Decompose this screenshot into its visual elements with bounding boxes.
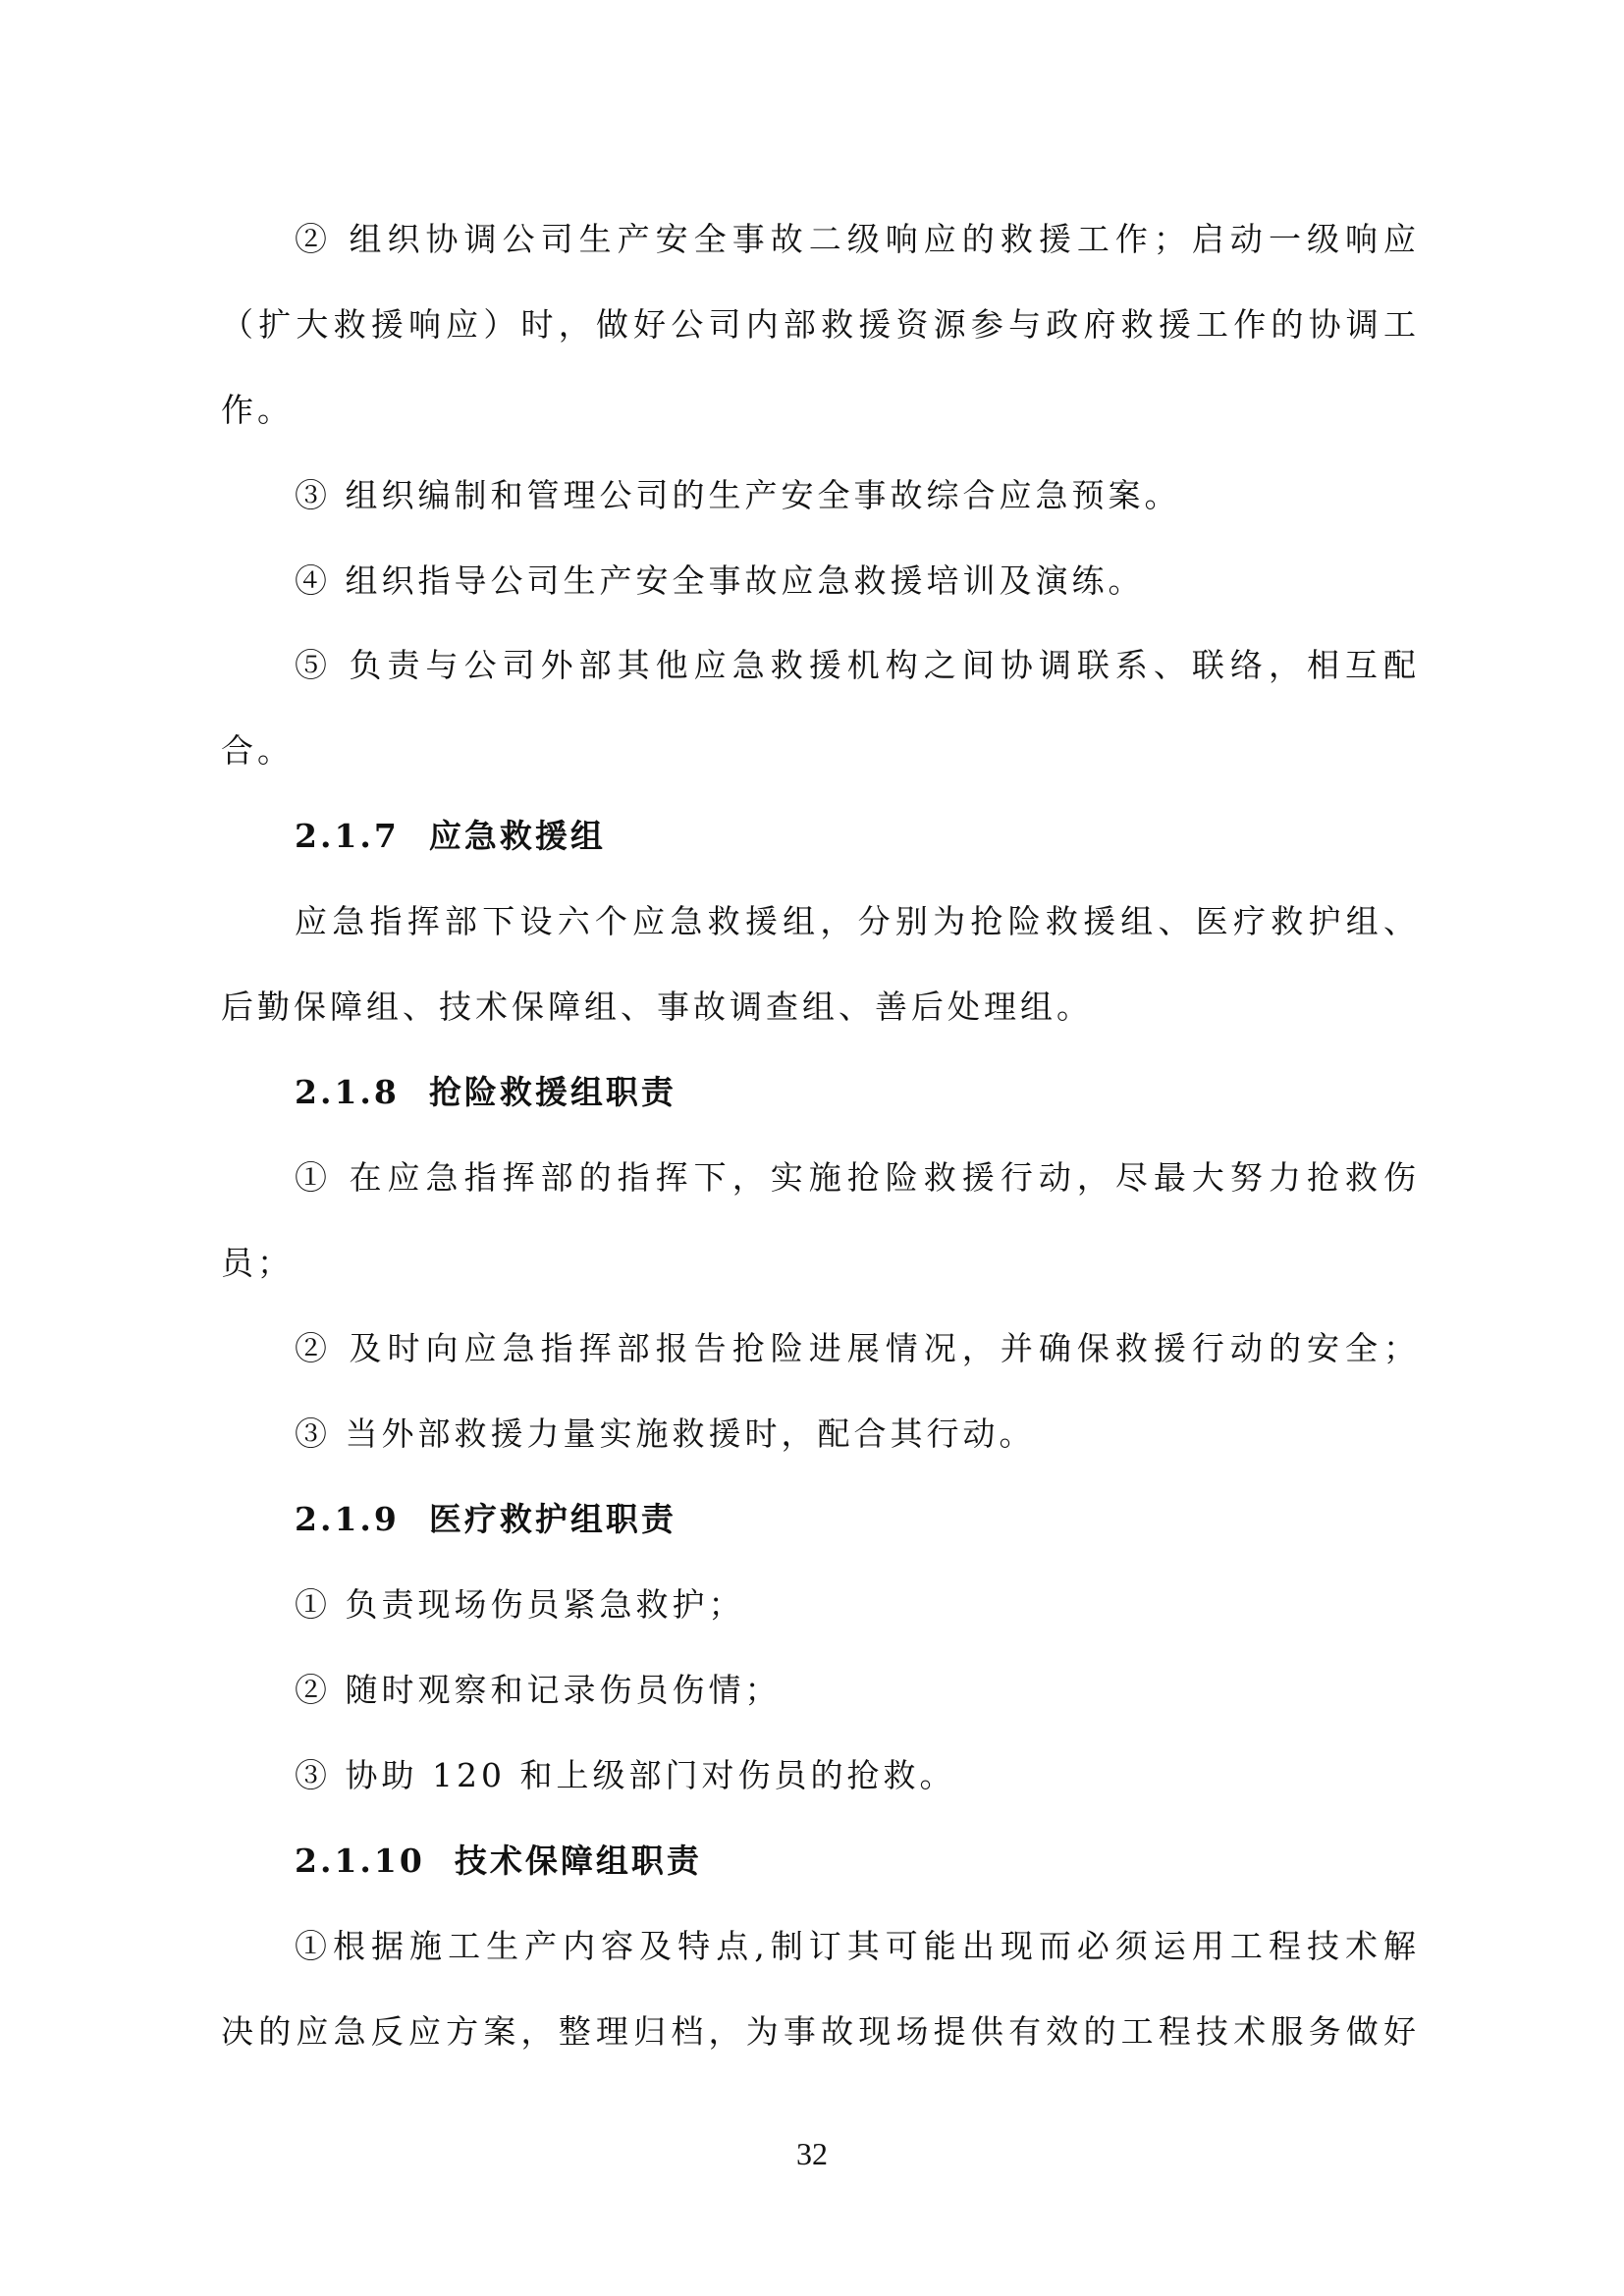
paragraph-line: 应急指挥部下设六个应急救援组，分别为抢险救援组、医疗救护组、	[295, 900, 1416, 943]
section-heading-2-1-7: 2.1.7应急救援组	[295, 815, 1416, 858]
section-number: 2.1.10	[295, 1842, 425, 1880]
paragraph-line: 作。	[221, 389, 1416, 432]
section-heading-2-1-10: 2.1.10技术保障组职责	[295, 1840, 1416, 1883]
section-number: 2.1.8	[295, 1073, 400, 1111]
section-number: 2.1.7	[295, 817, 400, 855]
section-heading-2-1-8: 2.1.8抢险救援组职责	[295, 1071, 1416, 1114]
paragraph-line: ② 组织协调公司生产安全事故二级响应的救援工作；启动一级响应	[295, 218, 1416, 261]
section-title: 抢险救援组职责	[429, 1073, 677, 1111]
document-page: ② 组织协调公司生产安全事故二级响应的救援工作；启动一级响应 （扩大救援响应）时…	[0, 0, 1624, 2296]
paragraph-line: 员；	[221, 1242, 1416, 1285]
paragraph-line: ⑤ 负责与公司外部其他应急救援机构之间协调联系、联络，相互配	[295, 644, 1416, 687]
paragraph-line: ③ 协助 120 和上级部门对伤员的抢救。	[295, 1754, 1416, 1797]
section-heading-2-1-9: 2.1.9医疗救护组职责	[295, 1498, 1416, 1541]
paragraph-line: ③ 当外部救援力量实施救援时，配合其行动。	[295, 1413, 1416, 1456]
paragraph-line: ① 负责现场伤员紧急救护；	[295, 1583, 1416, 1627]
paragraph-line: 决的应急反应方案，整理归档，为事故现场提供有效的工程技术服务做好	[221, 2010, 1416, 2054]
paragraph-line: 合。	[221, 729, 1416, 773]
paragraph-line: ④ 组织指导公司生产安全事故应急救援培训及演练。	[295, 560, 1416, 603]
paragraph-line: （扩大救援响应）时，做好公司内部救援资源参与政府救援工作的协调工	[221, 303, 1416, 347]
paragraph-line: 后勤保障组、技术保障组、事故调查组、善后处理组。	[221, 986, 1416, 1029]
section-title: 医疗救护组职责	[429, 1500, 677, 1538]
paragraph-line: ② 及时向应急指挥部报告抢险进展情况，并确保救援行动的安全；	[295, 1327, 1416, 1370]
paragraph-line: ② 随时观察和记录伤员伤情；	[295, 1669, 1416, 1712]
paragraph-line: ①根据施工生产内容及特点,制订其可能出现而必须运用工程技术解	[295, 1925, 1416, 1968]
section-number: 2.1.9	[295, 1500, 400, 1538]
paragraph-line: ① 在应急指挥部的指挥下，实施抢险救援行动，尽最大努力抢救伤	[295, 1156, 1416, 1200]
page-number: 32	[0, 2136, 1624, 2172]
section-title: 应急救援组	[429, 817, 606, 855]
section-title: 技术保障组职责	[455, 1842, 702, 1880]
paragraph-line: ③ 组织编制和管理公司的生产安全事故综合应急预案。	[295, 474, 1416, 517]
